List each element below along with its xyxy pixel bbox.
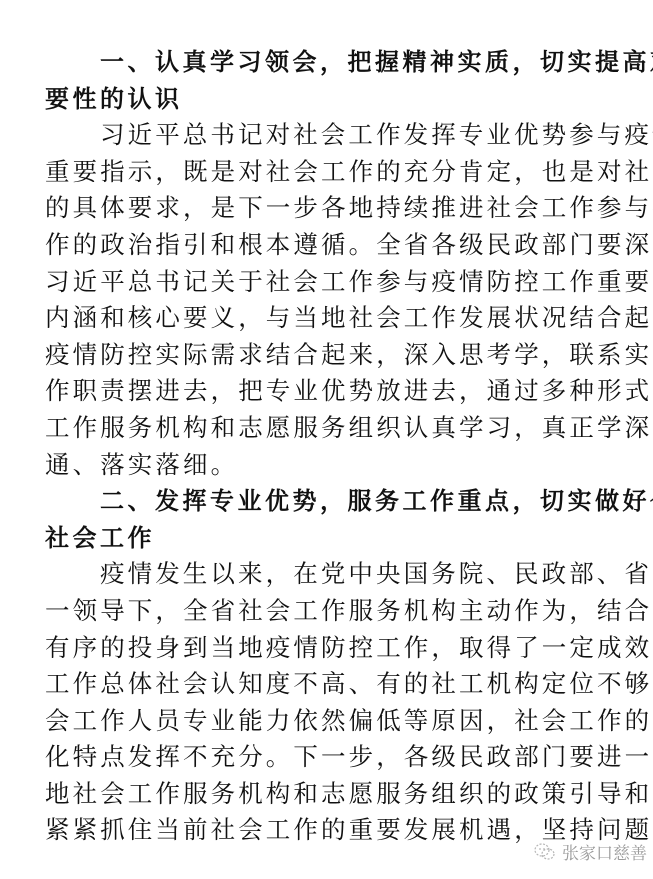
paragraph-line: 会工作人员专业能力依然偏低等原因，社会工作的专业化、职业 (45, 703, 601, 740)
paragraph-line: 地社会工作服务机构和志愿服务组织的政策引导和业务指导， (45, 776, 601, 813)
paragraph-line: 紧紧抓住当前社会工作的重要发展机遇，坚持问题导向，补齐短 (45, 812, 601, 849)
paragraph-line: 化特点发挥不充分。下一步，各级民政部门要进一步加强对本 (45, 739, 601, 776)
heading-line: 社会工作 (45, 520, 601, 557)
section-1-body: 习近平总书记对社会工作发挥专业优势参与疫情防控作出 重要指示，既是对社会工作的充… (45, 117, 601, 483)
paragraph-line: 一领导下，全省社会工作服务机构主动作为，结合自身优势科学 (45, 593, 601, 630)
paragraph-line: 重要指示，既是对社会工作的充分肯定，也是对社会工作提出 (45, 154, 601, 191)
section-2-heading: 二、发挥专业优势，服务工作重点，切实做好今后一段时期 社会工作 (45, 483, 601, 556)
heading-line: 要性的认识 (45, 81, 601, 118)
paragraph-line: 作的政治指引和根本遵循。全省各级民政部门要深刻学习领会 (45, 227, 601, 264)
wechat-icon (534, 842, 556, 862)
paragraph-line: 疫情发生以来，在党中央国务院、民政部、省委省政府的统 (45, 556, 601, 593)
paragraph-line: 工作总体社会认知度不高、有的社工机构定位不够准确、部分社 (45, 666, 601, 703)
document-page: 一、认真学习领会，把握精神实质，切实提高对社会工作重 要性的认识 习近平总书记对… (45, 44, 601, 849)
watermark-text: 张家口慈善 (562, 839, 647, 864)
paragraph-line: 习近平总书记对社会工作发挥专业优势参与疫情防控作出 (45, 117, 601, 154)
section-1-heading: 一、认真学习领会，把握精神实质，切实提高对社会工作重 要性的认识 (45, 44, 601, 117)
paragraph-line: 工作服务机构和志愿服务组织认真学习，真正学深悟透、融会贯 (45, 410, 601, 447)
heading-line: 一、认真学习领会，把握精神实质，切实提高对社会工作重 (45, 44, 601, 81)
section-2-body: 疫情发生以来，在党中央国务院、民政部、省委省政府的统 一领导下，全省社会工作服务… (45, 556, 601, 849)
watermark: 张家口慈善 (534, 839, 647, 864)
paragraph-line: 内涵和核心要义，与当地社会工作发展状况结合起来，与当地 (45, 300, 601, 337)
paragraph-line: 的具体要求，是下一步各地持续推进社会工作参与疫情防控工 (45, 190, 601, 227)
paragraph-line: 作职责摆进去，把专业优势放进去，通过多种形式带动广大社会 (45, 373, 601, 410)
paragraph-line: 习近平总书记关于社会工作参与疫情防控工作重要讲话精神的 (45, 264, 601, 301)
paragraph-line: 通、落实落细。 (45, 447, 601, 484)
paragraph-line: 疫情防控实际需求结合起来，深入思考学，联系实际学，把工 (45, 337, 601, 374)
paragraph-line: 有序的投身到当地疫情防控工作，取得了一定成效。但由于社会 (45, 630, 601, 667)
heading-line: 二、发挥专业优势，服务工作重点，切实做好今后一段时期 (45, 483, 601, 520)
